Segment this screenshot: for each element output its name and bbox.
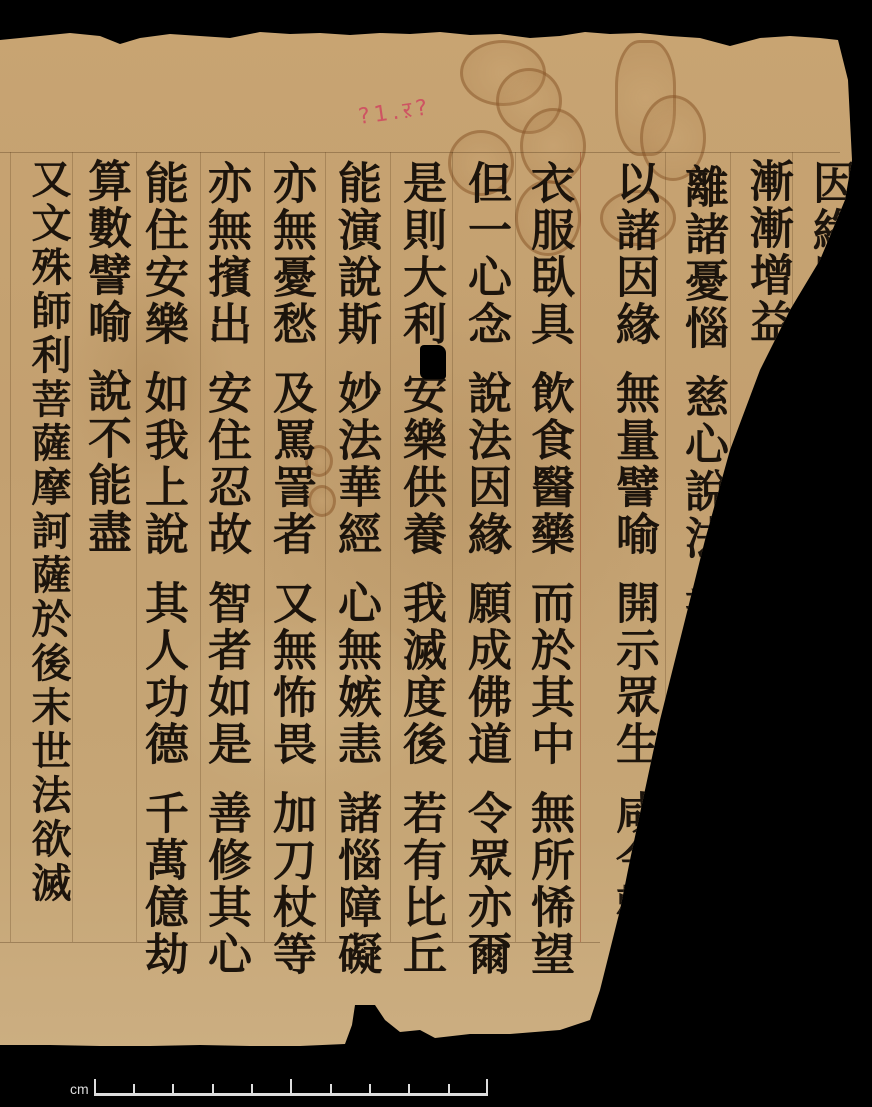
scale-tick (94, 1079, 96, 1093)
phrase: 漸漸增益 (742, 158, 793, 346)
phrase: 以諸因緣 (608, 160, 659, 348)
text-column-4: 以諸因緣無量譬喻開示眾生咸令歡喜 (603, 160, 663, 978)
phrase: 但一心念 (460, 160, 511, 348)
text-column-7: 是則大利安樂供養我滅度後若有比丘 (390, 160, 450, 978)
phrase: 是則大利 (395, 160, 446, 348)
scan-background: ?1.ऱ? 因緣譬 漸漸增益入 離諸憂惱慈心說法晝夜 以諸因緣無量譬喻開示眾生咸… (0, 0, 872, 1107)
phrase: 能住安樂 (137, 160, 188, 348)
phrase: 我滅度後 (395, 580, 446, 768)
phrase: 諸惱障礙 (330, 790, 381, 978)
phrase: 令眾亦爾 (460, 790, 511, 978)
scale-tick (330, 1084, 332, 1093)
paper-hole (420, 345, 446, 379)
phrase: 慈心說法 (677, 374, 728, 562)
column-ruling (580, 152, 581, 942)
phrase: 亦無憂愁 (265, 160, 316, 348)
column-ruling (452, 152, 453, 942)
manuscript-paper: ?1.ऱ? 因緣譬 漸漸增益入 離諸憂惱慈心說法晝夜 以諸因緣無量譬喻開示眾生咸… (0, 0, 872, 1107)
phrase: 其人功德 (137, 580, 188, 768)
phrase: 晝夜 (677, 584, 728, 678)
phrase: 算數譬喻 (80, 158, 131, 346)
scale-bar: cm (70, 1077, 500, 1097)
top-ruling-line (0, 152, 840, 153)
phrase: 開示眾生 (608, 580, 659, 768)
phrase: 飲食醫藥 (523, 370, 574, 558)
scale-tick (448, 1084, 450, 1093)
scale-tick (408, 1084, 410, 1093)
phrase: 妙法華經 (330, 370, 381, 558)
text-column-1: 因緣譬 (800, 160, 860, 301)
phrase: 而於其中 (523, 580, 574, 768)
phrase: 入 (742, 368, 793, 415)
scale-tick (212, 1084, 214, 1093)
phrase: 安住忍故 (200, 370, 251, 558)
phrase: 如我上說 (137, 370, 188, 558)
phrase: 無量譬喻 (608, 370, 659, 558)
scale-unit-label: cm (70, 1081, 89, 1097)
phrase: 亦無擯出 (200, 160, 251, 348)
collection-number-stamp: ?1.ऱ? (356, 91, 433, 131)
scale-tick (251, 1084, 253, 1093)
scale-tick (133, 1084, 135, 1093)
phrase: 咸令歡喜 (608, 790, 659, 978)
phrase: 安樂供養 (395, 370, 446, 558)
phrase: 加刀杖等 (265, 790, 316, 978)
phrase: 能演說斯 (330, 160, 381, 348)
phrase: 千萬億劫 (137, 790, 188, 978)
text-column-2: 漸漸增益入 (737, 158, 797, 415)
phrase: 衣服臥具 (523, 160, 574, 348)
text-column-10: 亦無擯出安住忍故智者如是善修其心 (195, 160, 255, 978)
phrase: 善修其心 (200, 790, 251, 978)
scale-tick (486, 1079, 488, 1093)
scale-tick (290, 1079, 292, 1093)
column-ruling (10, 152, 11, 942)
text-column-3: 離諸憂惱慈心說法晝夜 (672, 164, 732, 678)
scale-bar-line (94, 1093, 488, 1096)
scale-tick (369, 1084, 371, 1093)
text-column-11: 能住安樂如我上說其人功德千萬億劫 (132, 160, 192, 978)
text-column-8: 能演說斯妙法華經心無嫉恚諸惱障礙 (325, 160, 385, 978)
text-column-9: 亦無憂愁及罵詈者又無怖畏加刀杖等 (260, 160, 320, 978)
phrase: 又無怖畏 (265, 580, 316, 768)
phrase: 離諸憂惱 (677, 164, 728, 352)
text-column-12: 算數譬喻說不能盡 (75, 158, 135, 556)
phrase: 無所悕望 (523, 790, 574, 978)
column-ruling (515, 152, 516, 942)
text-column-13: 又文殊師利菩薩摩訶薩於後末世法欲滅 (14, 158, 74, 906)
phrase: 因緣譬 (805, 160, 856, 301)
phrase: 又文殊師利菩薩摩訶薩於後末世法欲滅 (25, 158, 72, 906)
phrase: 智者如是 (200, 580, 251, 768)
text-column-5: 衣服臥具飲食醫藥而於其中無所悕望 (518, 160, 578, 978)
phrase: 心無嫉恚 (330, 580, 381, 768)
phrase: 說法因緣 (460, 370, 511, 558)
text-column-6: 但一心念說法因緣願成佛道令眾亦爾 (455, 160, 515, 978)
phrase: 若有比丘 (395, 790, 446, 978)
scale-tick (172, 1084, 174, 1093)
column-ruling (665, 152, 666, 942)
phrase: 願成佛道 (460, 580, 511, 768)
phrase: 及罵詈者 (265, 370, 316, 558)
phrase: 說不能盡 (80, 368, 131, 556)
